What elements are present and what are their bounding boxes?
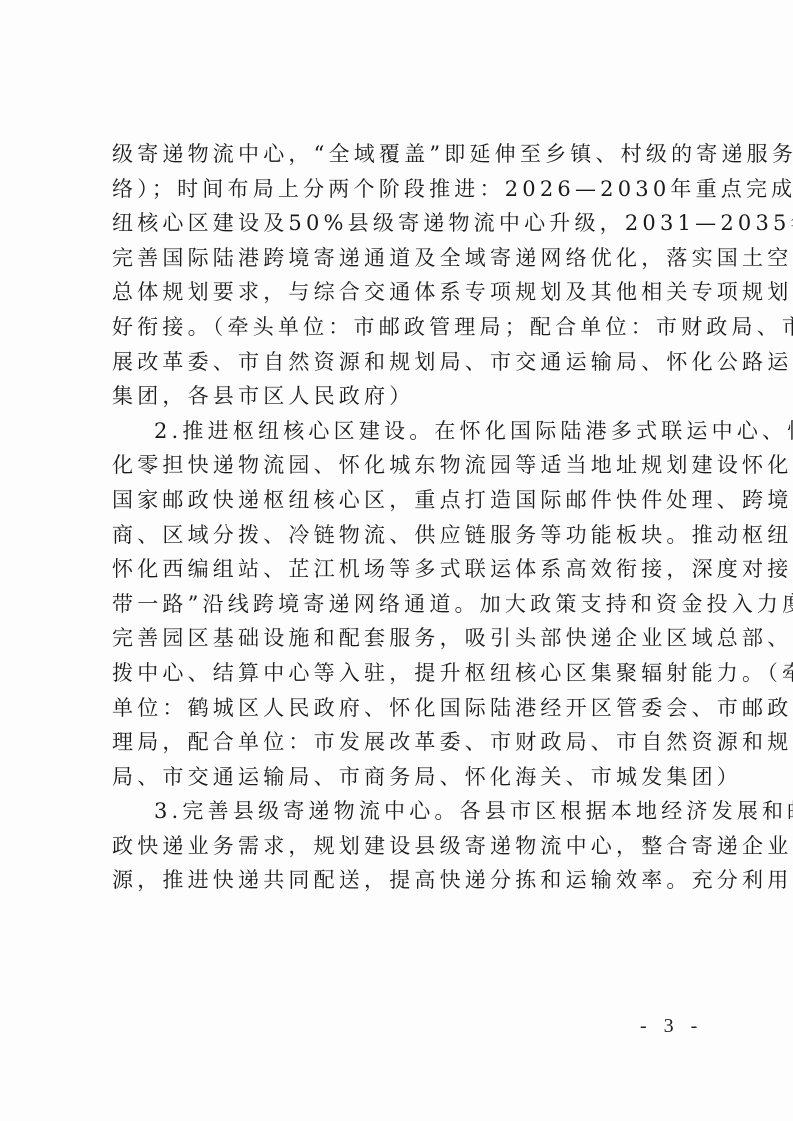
text-line: 带一路”沿线跨境寄递网络通道。加大政策支持和资金投入力度， [112, 587, 702, 622]
paragraph-county-center: 3.完善县级寄递物流中心。各县市区根据本地经济发展和邮 政快递业务需求，规划建设… [112, 794, 702, 898]
text-line: 国家邮政快递枢纽核心区，重点打造国际邮件快件处理、跨境电 [112, 483, 702, 518]
text-line: 集团，各县市区人民政府） [112, 379, 702, 414]
text-line: 展改革委、市自然资源和规划局、市交通运输局、怀化公路运输 [112, 345, 702, 380]
text-line: 络）；时间布局上分两个阶段推进：2026—2030年重点完成市级枢 [112, 172, 702, 207]
text-line: 好衔接。（牵头单位：市邮政管理局；配合单位：市财政局、市发 [112, 310, 702, 345]
text-line: 2.推进枢纽核心区建设。在怀化国际陆港多式联运中心、怀 [112, 414, 702, 449]
text-line: 完善国际陆港跨境寄递通道及全域寄递网络优化，落实国土空间 [112, 241, 702, 276]
document-body: 级寄递物流中心，“全域覆盖”即延伸至乡镇、村级的寄递服务网 络）；时间布局上分两… [112, 137, 702, 898]
paragraph-hub-core-area: 2.推进枢纽核心区建设。在怀化国际陆港多式联运中心、怀 化零担快递物流园、怀化城… [112, 414, 702, 795]
text-line: 总体规划要求，与综合交通体系专项规划及其他相关专项规划做 [112, 275, 702, 310]
page-number: - 3 - [640, 1015, 703, 1038]
text-line: 级寄递物流中心，“全域覆盖”即延伸至乡镇、村级的寄递服务网 [112, 137, 702, 172]
text-line: 怀化西编组站、芷江机场等多式联运体系高效衔接，深度对接“一 [112, 552, 702, 587]
text-line: 单位：鹤城区人民政府、怀化国际陆港经开区管委会、市邮政管 [112, 691, 702, 726]
text-line: 政快递业务需求，规划建设县级寄递物流中心，整合寄递企业资 [112, 829, 702, 864]
text-line: 纽核心区建设及50%县级寄递物流中心升级，2031—2035年全面 [112, 206, 702, 241]
text-line: 完善园区基础设施和配套服务，吸引头部快递企业区域总部、分 [112, 621, 702, 656]
paragraph-continued: 级寄递物流中心，“全域覆盖”即延伸至乡镇、村级的寄递服务网 络）；时间布局上分两… [112, 137, 702, 414]
text-line: 拨中心、结算中心等入驻，提升枢纽核心区集聚辐射能力。（牵头 [112, 656, 702, 691]
text-line: 理局，配合单位：市发展改革委、市财政局、市自然资源和规划 [112, 725, 702, 760]
text-line: 局、市交通运输局、市商务局、怀化海关、市城发集团） [112, 760, 702, 795]
document-page: 级寄递物流中心，“全域覆盖”即延伸至乡镇、村级的寄递服务网 络）；时间布局上分两… [0, 0, 793, 1121]
text-line: 商、区域分拨、冷链物流、供应链服务等功能板块。推动枢纽与 [112, 518, 702, 553]
text-line: 源，推进快递共同配送，提高快递分拣和运输效率。充分利用客 [112, 863, 702, 898]
text-line: 化零担快递物流园、怀化城东物流园等适当地址规划建设怀化市 [112, 448, 702, 483]
text-line: 3.完善县级寄递物流中心。各县市区根据本地经济发展和邮 [112, 794, 702, 829]
